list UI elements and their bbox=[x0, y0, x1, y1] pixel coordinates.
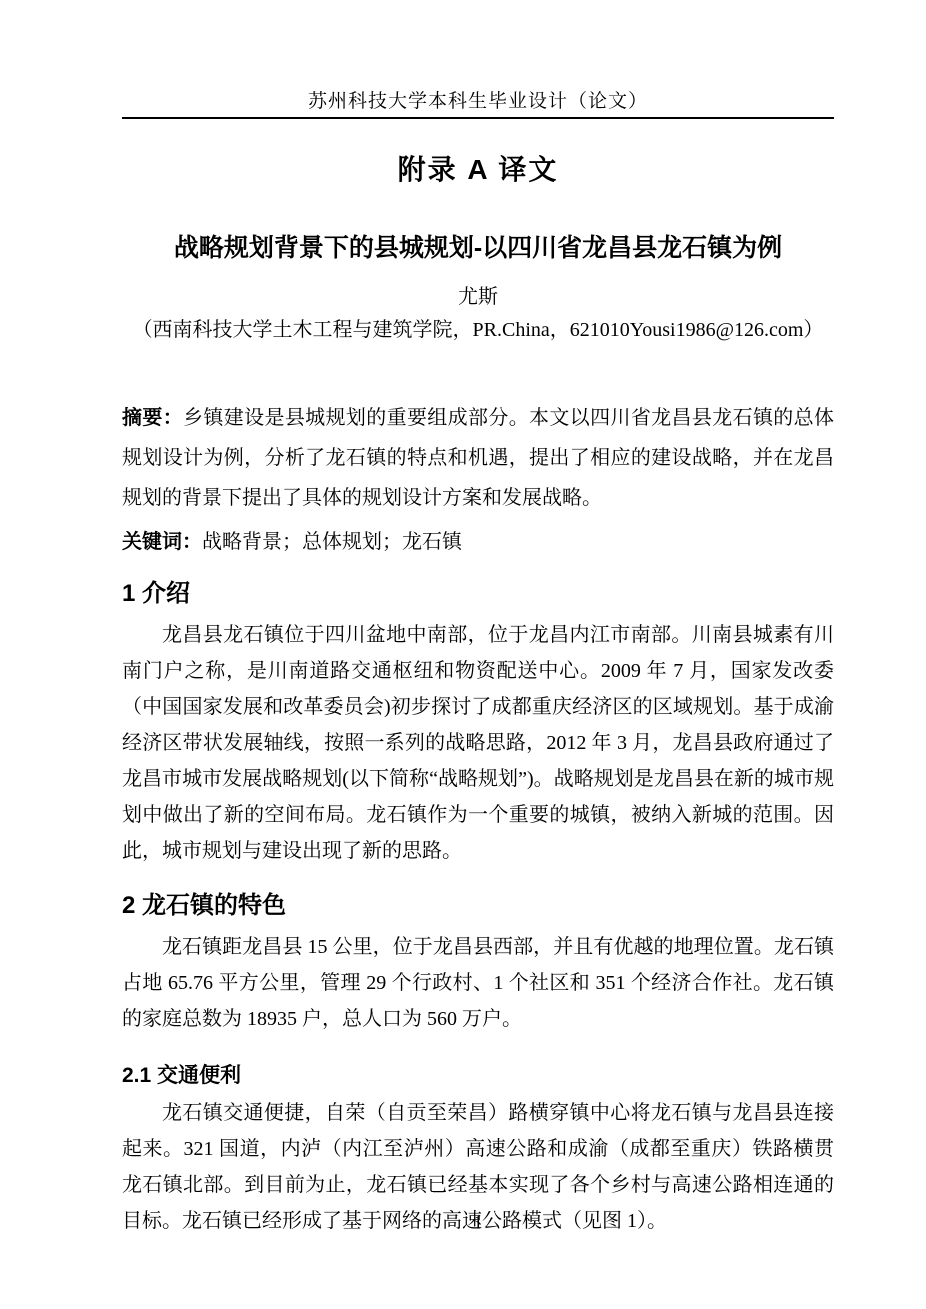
section-heading-transportation: 2.1 交通便利 bbox=[122, 1063, 834, 1089]
keywords-text: 战略背景；总体规划；龙石镇 bbox=[202, 531, 462, 553]
content-column: 苏州科技大学本科生毕业设计（论文） 附录 A 译文 战略规划背景下的县城规划-以… bbox=[122, 0, 834, 1239]
section-town-features: 2 龙石镇的特色 龙石镇距龙昌县 15 公里，位于龙昌县西部，并且有优越的地理位… bbox=[122, 891, 834, 1037]
author-affiliation: （西南科技大学土木工程与建筑学院，PR.China，621010Yousi198… bbox=[122, 318, 834, 342]
header-divider bbox=[122, 117, 834, 119]
keywords-label: 关键词： bbox=[122, 531, 202, 553]
section-heading-introduction: 1 介绍 bbox=[122, 579, 834, 609]
section-introduction: 1 介绍 龙昌县龙石镇位于四川盆地中南部，位于龙昌内江市南部。川南县城素有川南门… bbox=[122, 579, 834, 869]
keywords-line: 关键词：战略背景；总体规划；龙石镇 bbox=[122, 527, 834, 557]
author-name: 尤斯 bbox=[122, 285, 834, 309]
document-page: 苏州科技大学本科生毕业设计（论文） 附录 A 译文 战略规划背景下的县城规划-以… bbox=[0, 0, 926, 1309]
abstract-label: 摘要： bbox=[122, 407, 183, 429]
abstract-text: 乡镇建设是县城规划的重要组成部分。本文以四川省龙昌县龙石镇的总体规划设计为例，分… bbox=[122, 407, 834, 509]
appendix-title: 附录 A 译文 bbox=[122, 153, 834, 187]
abstract-paragraph: 摘要：乡镇建设是县城规划的重要组成部分。本文以四川省龙昌县龙石镇的总体规划设计为… bbox=[122, 398, 834, 518]
section-paragraph: 龙昌县龙石镇位于四川盆地中南部，位于龙昌内江市南部。川南县城素有川南门户之称，是… bbox=[122, 617, 834, 869]
article-title: 战略规划背景下的县城规划-以四川省龙昌县龙石镇为例 bbox=[122, 233, 834, 263]
section-heading-town-features: 2 龙石镇的特色 bbox=[122, 891, 834, 921]
section-paragraph: 龙石镇距龙昌县 15 公里，位于龙昌县西部，并且有优越的地理位置。龙石镇占地 6… bbox=[122, 929, 834, 1037]
page-number: 1 bbox=[122, 1211, 834, 1233]
running-header: 苏州科技大学本科生毕业设计（论文） bbox=[122, 0, 834, 113]
